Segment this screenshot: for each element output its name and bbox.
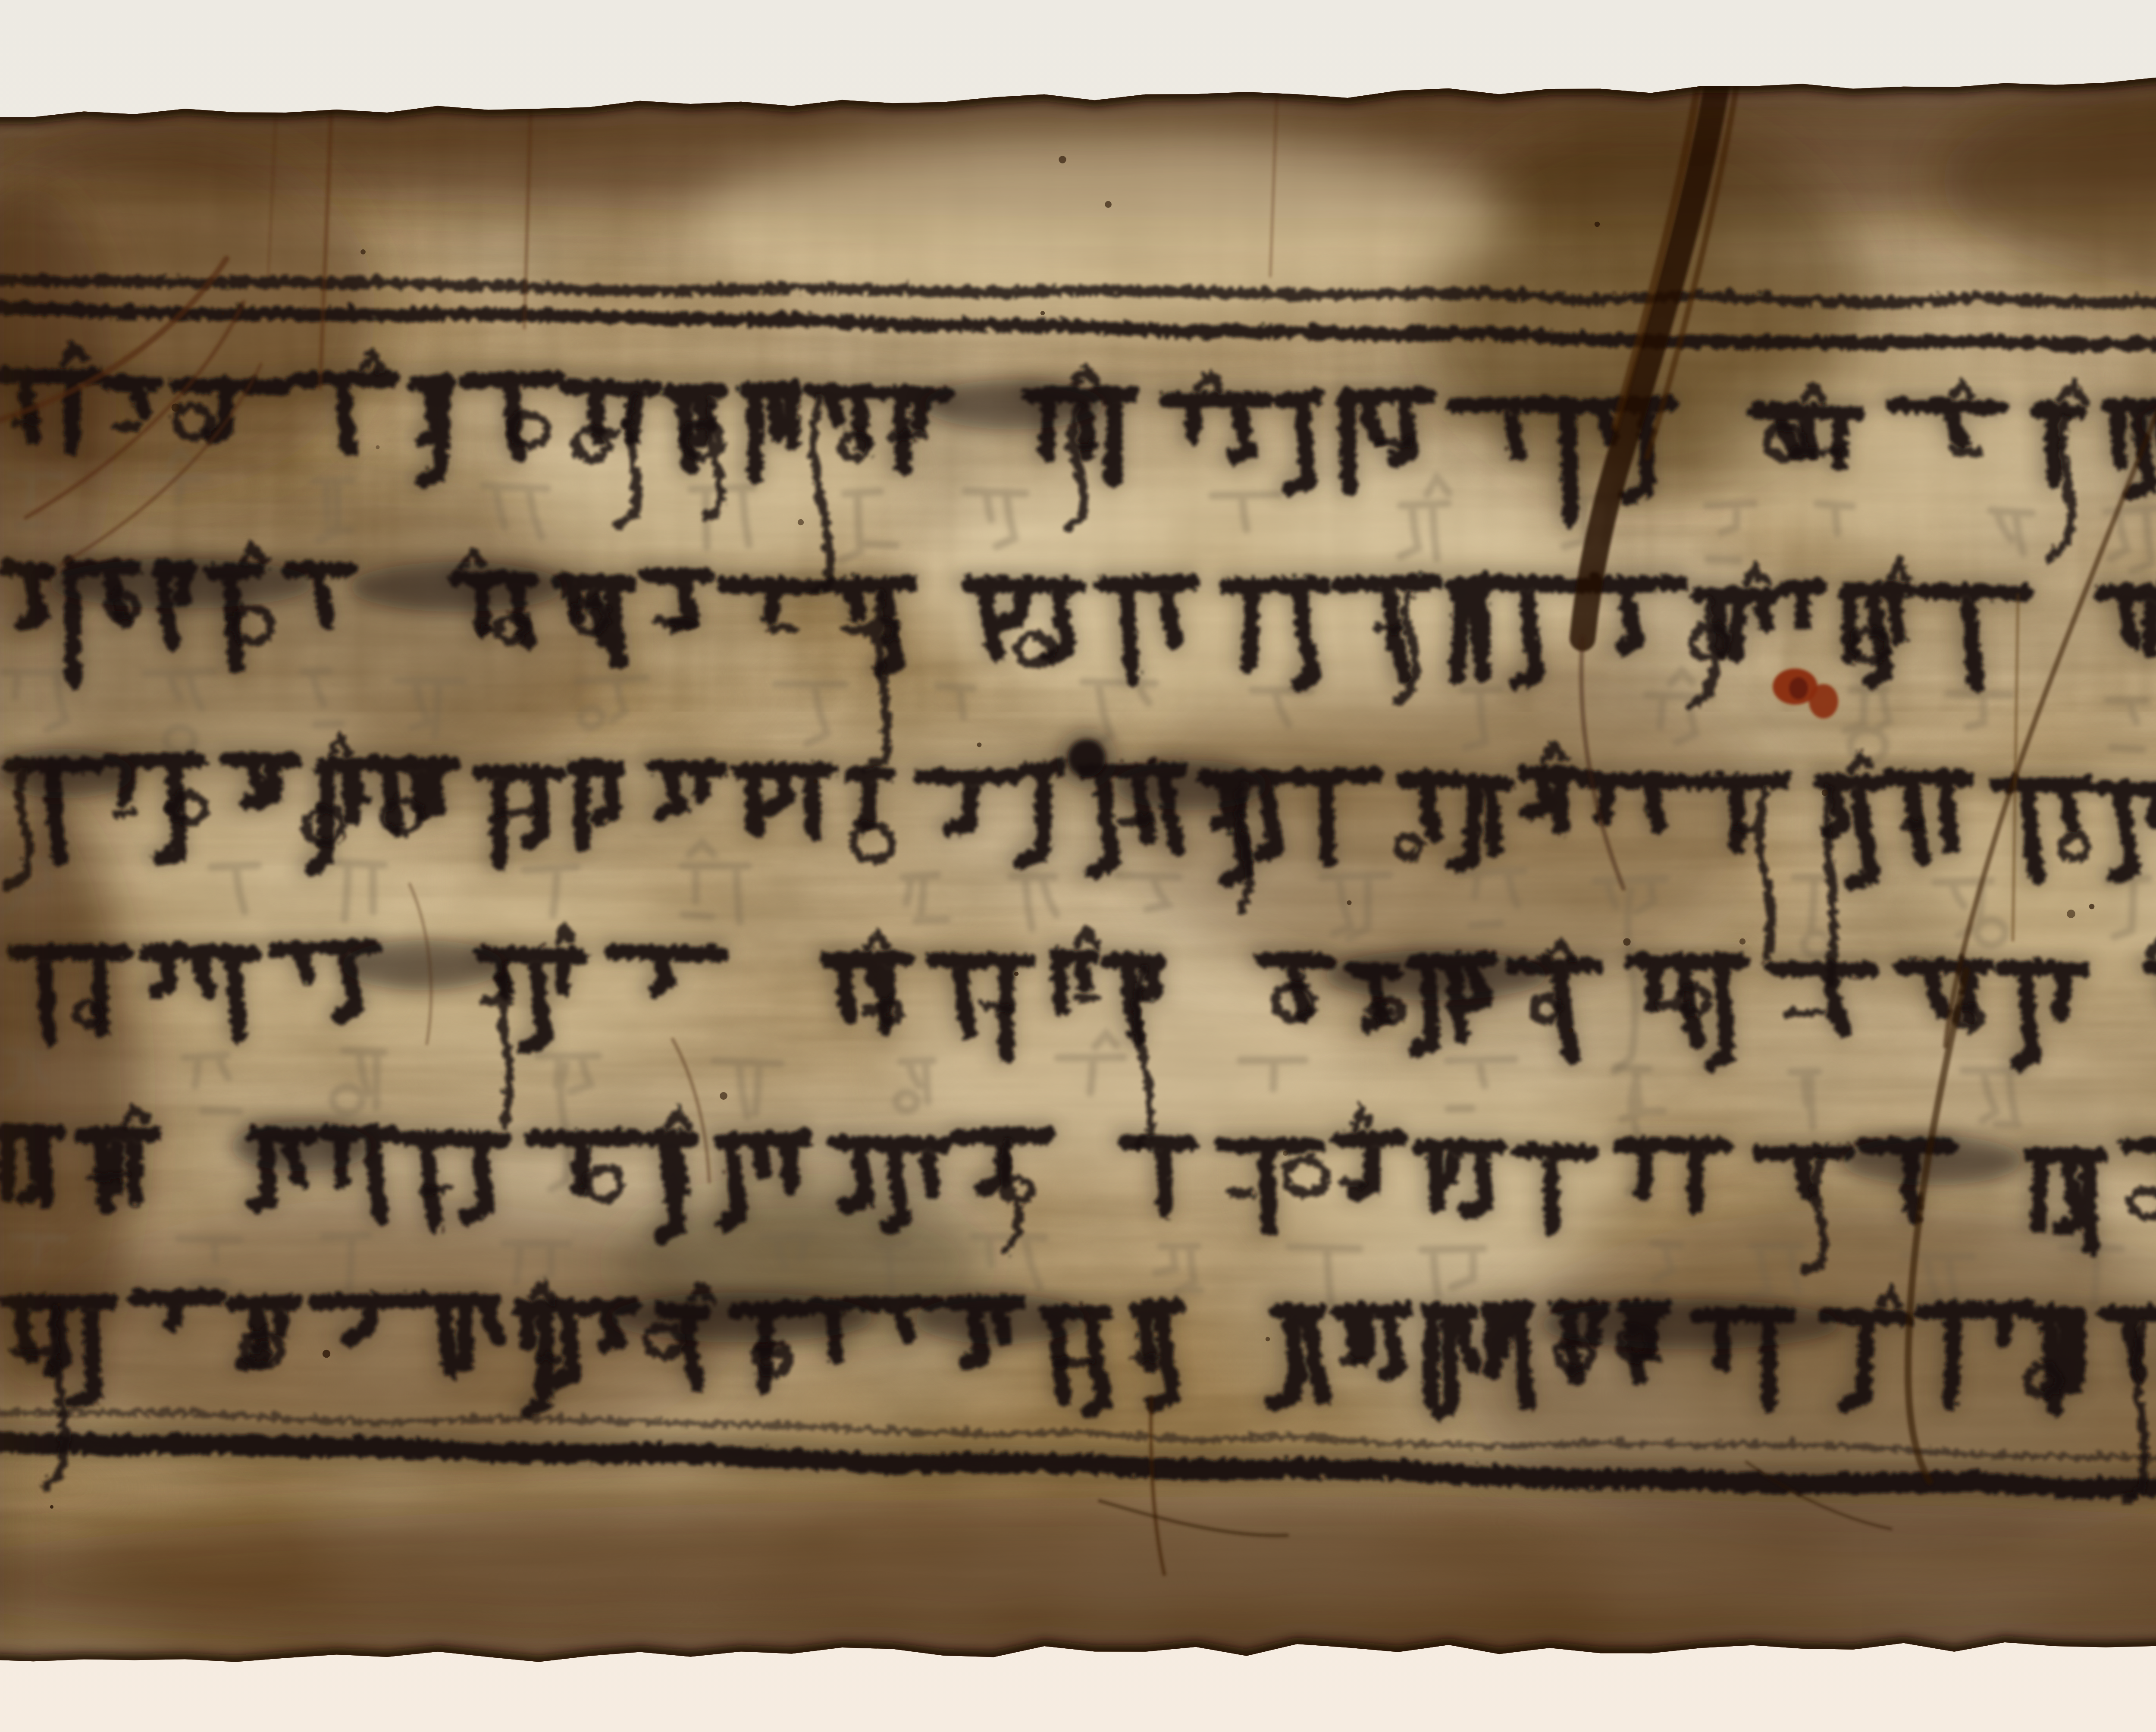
speck [50,1505,53,1509]
speck [2067,910,2075,918]
ink-smear [608,1293,875,1343]
speck [1347,901,1352,905]
ink-smear [914,1294,1087,1344]
manuscript-scene [0,0,2156,1732]
ink-blot [1068,739,1106,777]
ink-smear [1324,950,1548,1000]
paper-inner [0,43,2156,1682]
speck [57,1303,61,1306]
speck [1822,790,1828,796]
ink-smear [349,562,565,612]
speck [376,446,380,449]
speck [1595,222,1600,227]
speck [222,312,224,315]
ink-smear [341,940,505,990]
speck [977,743,982,747]
ink-smear [923,380,1104,430]
speck [323,1350,330,1358]
speck [1014,972,1018,976]
speck [360,249,366,254]
ink-smear [0,749,134,799]
manuscript-photograph [0,0,2156,1732]
speck [1059,156,1066,163]
speck [1040,311,1045,315]
paper-sheet [0,43,2156,1682]
speck [1569,1028,1573,1033]
speck [172,404,180,412]
speck [813,779,817,783]
ink-smear [231,1121,373,1171]
speck [1739,938,1745,944]
speck [798,519,804,525]
speck [720,1092,727,1100]
speck [1105,201,1112,208]
ink-smear [1539,1299,1841,1349]
speck [1623,938,1630,945]
speck [1266,1337,1270,1341]
speck [2089,904,2095,910]
ink-smear [47,559,315,609]
ink-smear [1112,760,1268,810]
speck [1283,1151,1288,1156]
